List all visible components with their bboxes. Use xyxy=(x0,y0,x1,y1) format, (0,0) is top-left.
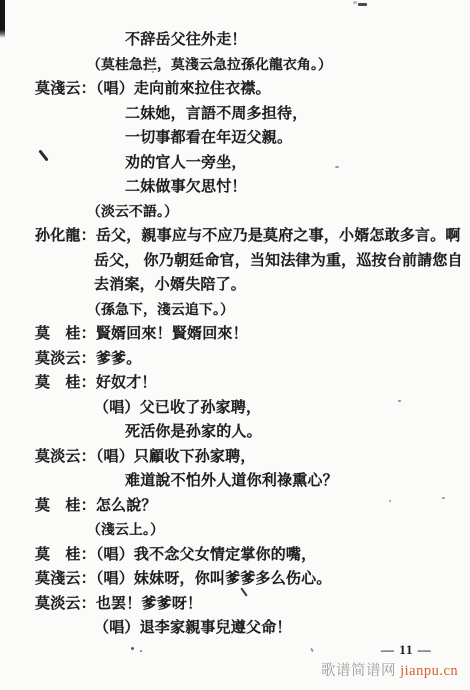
speaker-name: 莫 桂： xyxy=(35,375,96,391)
line-text: （莫桂急拦，莫淺云急拉孫化龍衣角。） xyxy=(87,57,332,72)
script-line: 莫 桂：怎么說？ xyxy=(0,494,470,519)
line-text: 去消案，小婿失陪了。 xyxy=(94,277,246,293)
speaker-name: 莫淺云： xyxy=(35,571,96,587)
scan-speck xyxy=(310,648,314,652)
line-text: 好奴才！ xyxy=(96,375,157,391)
script-line: 莫 桂：好奴才！ xyxy=(0,371,470,396)
script-line: 莫淡云：也罢！爹爹呀！ xyxy=(0,592,470,617)
scan-artifact xyxy=(353,1,357,4)
scan-speck xyxy=(130,646,134,650)
line-text: 岳父，親事应与不应乃是莫府之事，小婿怎敢多言。啊 xyxy=(96,228,461,244)
line-text: （唱）父已收了孙家聘， xyxy=(94,400,261,416)
speaker-name: 孙化龍： xyxy=(35,228,96,244)
speaker-name: 莫 桂： xyxy=(35,326,96,342)
script-line: （唱）父已收了孙家聘， xyxy=(0,396,470,421)
line-text: 难道說不怕外人道你利祿熏心？ xyxy=(125,473,338,489)
line-text: 爹爹。 xyxy=(96,351,142,367)
line-text: （唱）我不念父女情定掌你的嘴， xyxy=(96,547,317,563)
script-line: 莫淺云：（唱）妹妹呀，你叫爹爹多么伤心。 xyxy=(0,567,470,592)
script-line: 不辞岳父往外走！ xyxy=(0,28,470,53)
watermark-url: jianpu.cn xyxy=(400,663,458,679)
line-text: 劝的官人一旁坐， xyxy=(125,155,247,171)
script-line: 莫 桂：賢婿回來！賢婿回來！ xyxy=(0,322,470,347)
line-text: （唱）退李家親事兒遵父命！ xyxy=(94,620,292,636)
script-line: 莫 桂：（唱）我不念父女情定掌你的嘴， xyxy=(0,543,470,568)
speaker-name: 莫淡云： xyxy=(35,449,96,465)
line-text: 一切事都看在年迈父親。 xyxy=(125,130,292,146)
scan-artifact xyxy=(358,3,367,6)
script-line: 劝的官人一旁坐， xyxy=(0,151,470,176)
script-line: 死活你是孙家的人。 xyxy=(0,420,470,445)
line-text: 二妹她，言語不周多担待， xyxy=(125,106,307,122)
scan-speck xyxy=(140,650,142,652)
line-text: （孫急下，淺云追下。） xyxy=(87,302,234,317)
watermark-site-name: 歌谱简谱网 xyxy=(321,663,400,679)
watermark: 歌谱简谱网 jianpu.cn xyxy=(321,659,458,680)
stage-direction-line: （淺云上。） xyxy=(0,518,470,543)
line-text: （唱）妹妹呀，你叫爹爹多么伤心。 xyxy=(96,571,332,587)
script-line: 二妹做事欠思忖！ xyxy=(0,175,470,200)
script-line: 莫淺云：（唱）走向前來拉住衣襟。 xyxy=(0,77,470,102)
script-lines: 不辞岳父往外走！（莫桂急拦，莫淺云急拉孫化龍衣角。）莫淺云：（唱）走向前來拉住衣… xyxy=(0,28,470,641)
speaker-name: 莫 桂： xyxy=(35,547,96,563)
script-line: 孙化龍：岳父，親事应与不应乃是莫府之事，小婿怎敢多言。啊 xyxy=(0,224,470,249)
line-text: 不辞岳父往外走！ xyxy=(125,32,247,48)
stage-direction-line: （莫桂急拦，莫淺云急拉孫化龍衣角。） xyxy=(0,53,470,78)
script-line: 难道說不怕外人道你利祿熏心？ xyxy=(0,469,470,494)
line-text: 死活你是孙家的人。 xyxy=(125,424,262,440)
speaker-name: 莫淺云： xyxy=(35,81,96,97)
page-number: — 11 — xyxy=(381,642,432,658)
script-line: 莫淡云：爹爹。 xyxy=(0,347,470,372)
stage-direction-line: （淡云不語。） xyxy=(0,200,470,225)
scanned-script-page: 不辞岳父往外走！（莫桂急拦，莫淺云急拉孫化龍衣角。）莫淺云：（唱）走向前來拉住衣… xyxy=(0,0,470,690)
speaker-name: 莫淡云： xyxy=(35,351,96,367)
line-text: 賢婿回來！賢婿回來！ xyxy=(96,326,248,342)
script-line: 莫淡云：（唱）只顧收下孙家聘， xyxy=(0,445,470,470)
speaker-name: 莫 桂： xyxy=(35,498,96,514)
line-text: （唱）只顧收下孙家聘， xyxy=(96,449,256,465)
speaker-name: 莫淡云： xyxy=(35,596,96,612)
script-line: 二妹她，言語不周多担待， xyxy=(0,102,470,127)
line-text: 二妹做事欠思忖！ xyxy=(125,179,247,195)
line-text: （淡云不語。） xyxy=(87,204,178,219)
script-line: 一切事都看在年迈父親。 xyxy=(0,126,470,151)
line-text: 岳父， 你乃朝廷命官，当知法律为重，巡按台前請您自 xyxy=(94,253,463,269)
stage-direction-line: （孫急下，淺云追下。） xyxy=(0,298,470,323)
line-text: 怎么說？ xyxy=(96,498,157,514)
script-line: 去消案，小婿失陪了。 xyxy=(0,273,470,298)
line-text: （唱）走向前來拉住衣襟。 xyxy=(96,81,271,97)
script-line: 岳父， 你乃朝廷命官，当知法律为重，巡按台前請您自 xyxy=(0,249,470,274)
script-line: （唱）退李家親事兒遵父命！ xyxy=(0,616,470,641)
line-text: （淺云上。） xyxy=(87,522,164,537)
line-text: 也罢！爹爹呀！ xyxy=(96,596,202,612)
